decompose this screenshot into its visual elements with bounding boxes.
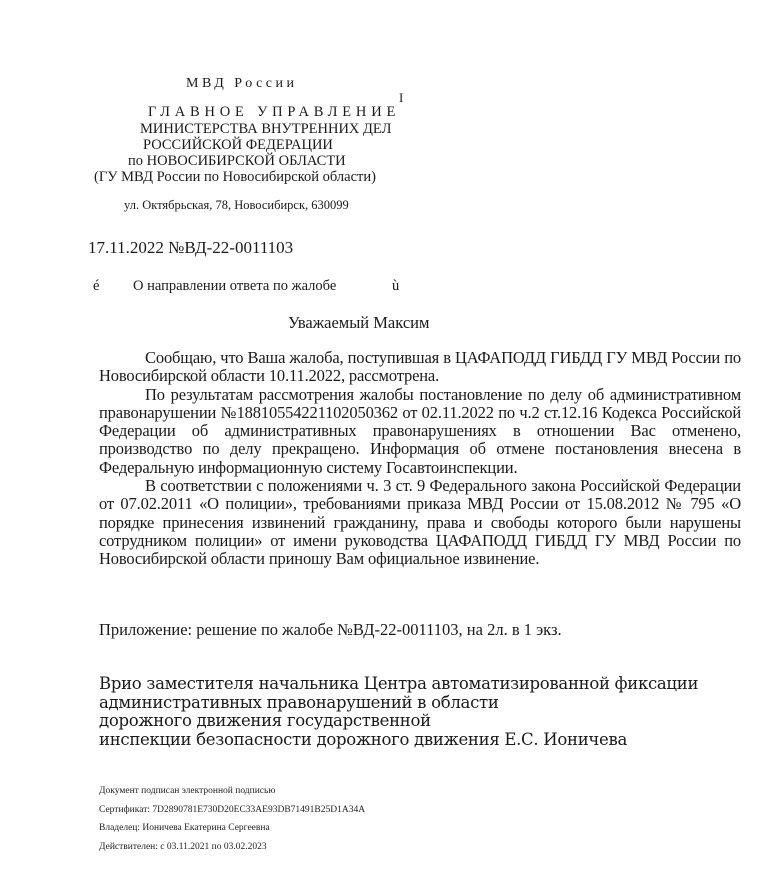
esig-owner: Владелец: Ионичева Екатерина Сергеевна	[99, 819, 365, 838]
signatory-line: инспекции безопасности дорожного движени…	[99, 731, 698, 750]
esig-title: Документ подписан электронной подписью	[99, 782, 365, 801]
org-address: ул. Октябрьская, 78, Новосибирск, 630099	[124, 198, 349, 213]
signatory-line: административных правонарушений в област…	[99, 694, 698, 713]
attachment-note: Приложение: решение по жалобе №ВД-22-001…	[99, 620, 562, 640]
document-date-number: 17.11.2022 №ВД-22-0011103	[88, 238, 293, 258]
paragraph: По результатам рассмотрения жалобы поста…	[99, 386, 741, 477]
subject-text: О направлении ответа по жалобе	[133, 278, 336, 295]
org-name-line-2: МИНИСТЕРСТВА ВНУТРЕННИХ ДЕЛ	[140, 121, 391, 138]
paragraph: Сообщаю, что Ваша жалоба, поступившая в …	[99, 349, 741, 386]
org-name-line-3: РОССИЙСКОЙ ФЕДЕРАЦИИ	[143, 137, 333, 154]
letter-body: Сообщаю, что Ваша жалоба, поступившая в …	[99, 349, 741, 569]
ministry-title: МВД России	[186, 76, 298, 92]
signatory-line: Врио заместителя начальника Центра автом…	[99, 675, 698, 694]
org-name-line-4: по НОВОСИБИРСКОЙ ОБЛАСТИ	[128, 153, 346, 170]
signatory-line: дорожного движения государственной	[99, 712, 698, 731]
electronic-signature-stamp: Документ подписан электронной подписью С…	[99, 782, 365, 856]
subject-bracket-left: é	[93, 278, 99, 295]
greeting: Уважаемый Максим	[288, 313, 429, 333]
org-name-line-1: ГЛАВНОЕ УПРАВЛЕНИЕ	[148, 104, 400, 121]
esig-validity: Действителен: с 03.11.2021 по 03.02.2023	[99, 838, 365, 857]
paragraph: В соответствии с положениями ч. 3 ст. 9 …	[99, 477, 741, 568]
signatory-block: Врио заместителя начальника Центра автом…	[99, 675, 698, 749]
esig-certificate: Сертификат: 7D2890781E730D20EC33AE93DB71…	[99, 801, 365, 820]
org-short-name: (ГУ МВД России по Новосибирской области)	[94, 169, 376, 186]
subject-bracket-right: ù	[392, 278, 399, 295]
